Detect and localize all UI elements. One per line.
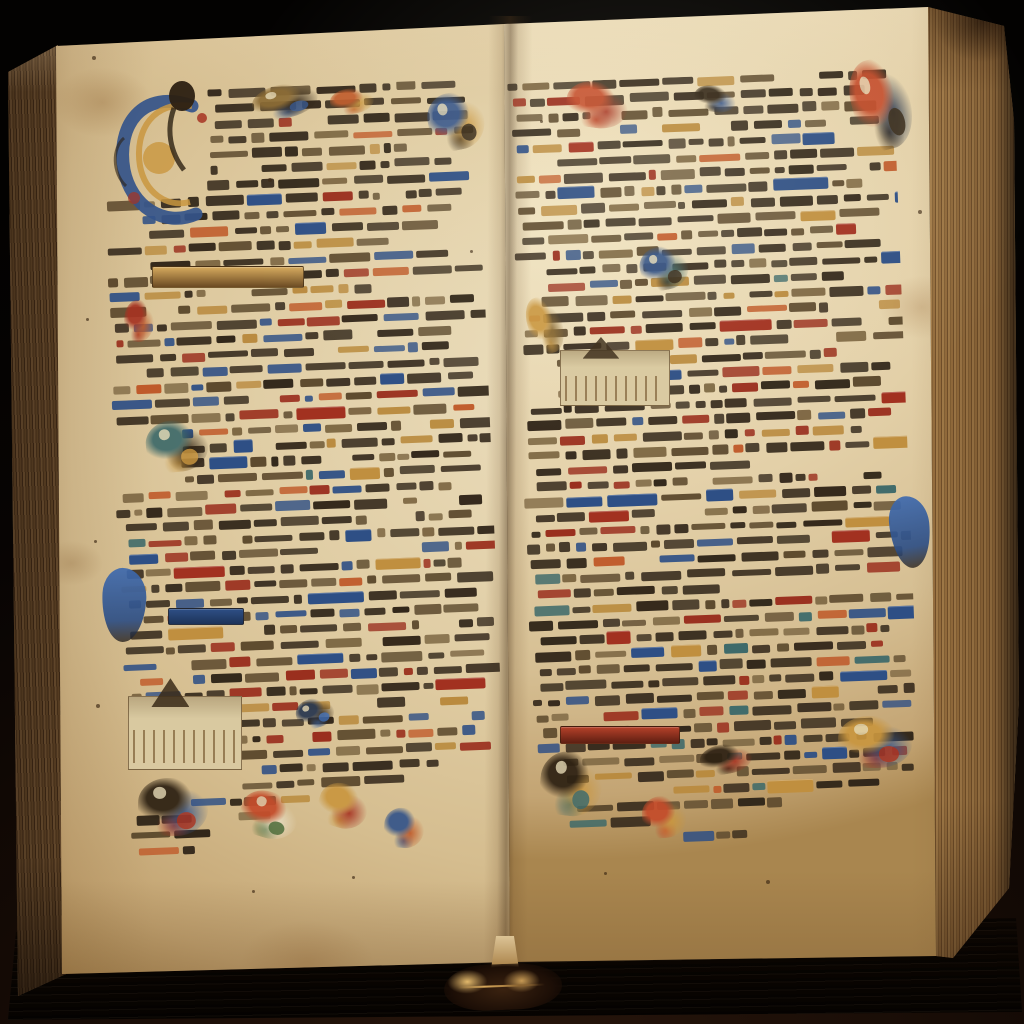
ink-speck [94,540,97,543]
ink-speck [252,890,255,893]
ink-speck [918,210,922,214]
ink-speck [92,56,96,60]
clasp-highlight [458,984,545,989]
ink-speck [470,250,473,253]
ink-speck [268,178,272,182]
ink-speck [352,876,355,879]
ink-speck [86,318,89,321]
ink-speck [604,872,607,875]
ink-speck [540,120,543,123]
ink-speck [96,704,100,708]
ink-speck [766,880,770,884]
ink-speck-layer [0,0,1024,1024]
manuscript-photo [0,0,1024,1024]
